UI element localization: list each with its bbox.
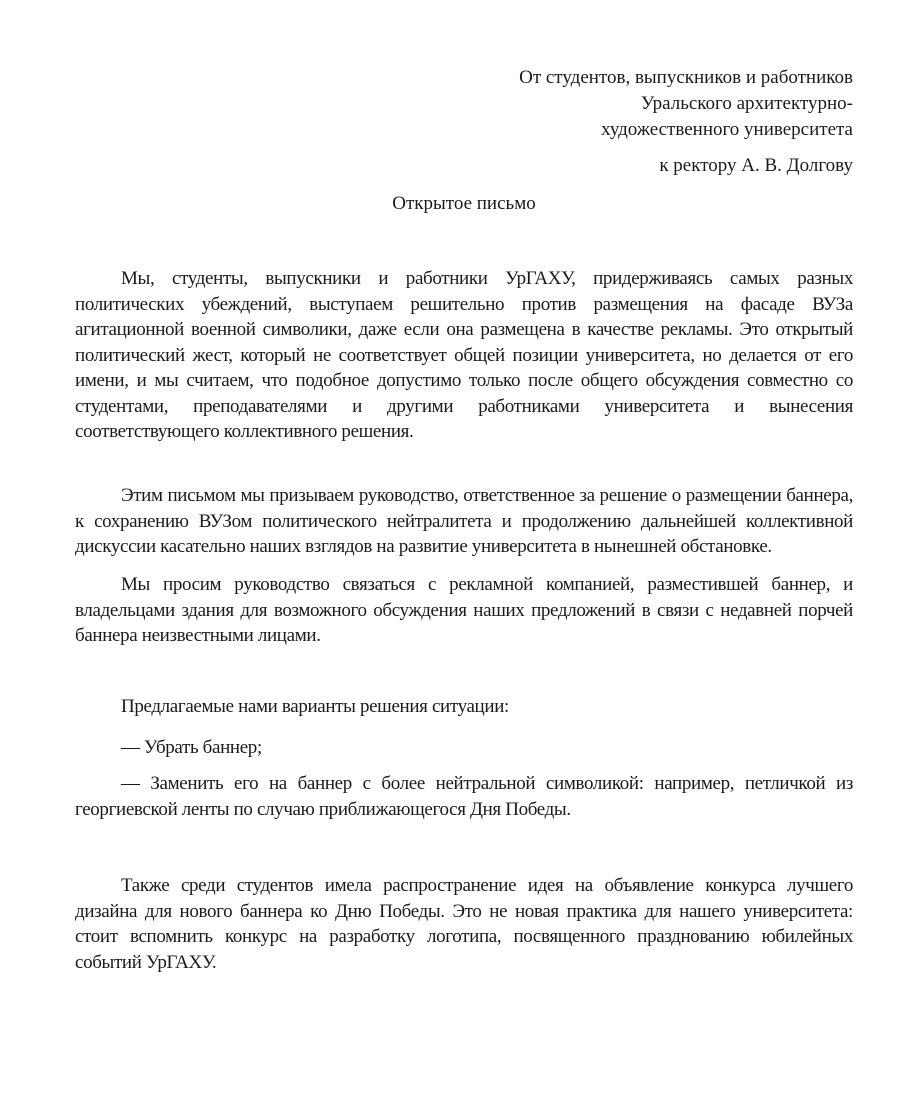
option-item-2: — Заменить его на баннер с более нейтрал… (75, 771, 853, 822)
letter-title: Открытое письмо (75, 191, 853, 217)
addressee-block: От студентов, выпускников и работников У… (519, 65, 853, 179)
options-intro: Предлагаемые нами варианты решения ситуа… (75, 694, 853, 720)
paragraph-1: Мы, студенты, выпускники и работники УрГ… (75, 266, 853, 445)
paragraph-2: Этим письмом мы призываем руководство, о… (75, 483, 853, 560)
sender-line-3: художественного университета (519, 117, 853, 143)
option-item-1: — Убрать баннер; (75, 735, 853, 761)
recipient-line: к ректору А. В. Долгову (519, 153, 853, 179)
sender-line-2: Уральского архитектурно- (519, 91, 853, 117)
paragraph-3: Мы просим руководство связаться с реклам… (75, 572, 853, 649)
sender-line-1: От студентов, выпускников и работников (519, 65, 853, 91)
closing-paragraph: Также среди студентов имела распростране… (75, 873, 853, 975)
